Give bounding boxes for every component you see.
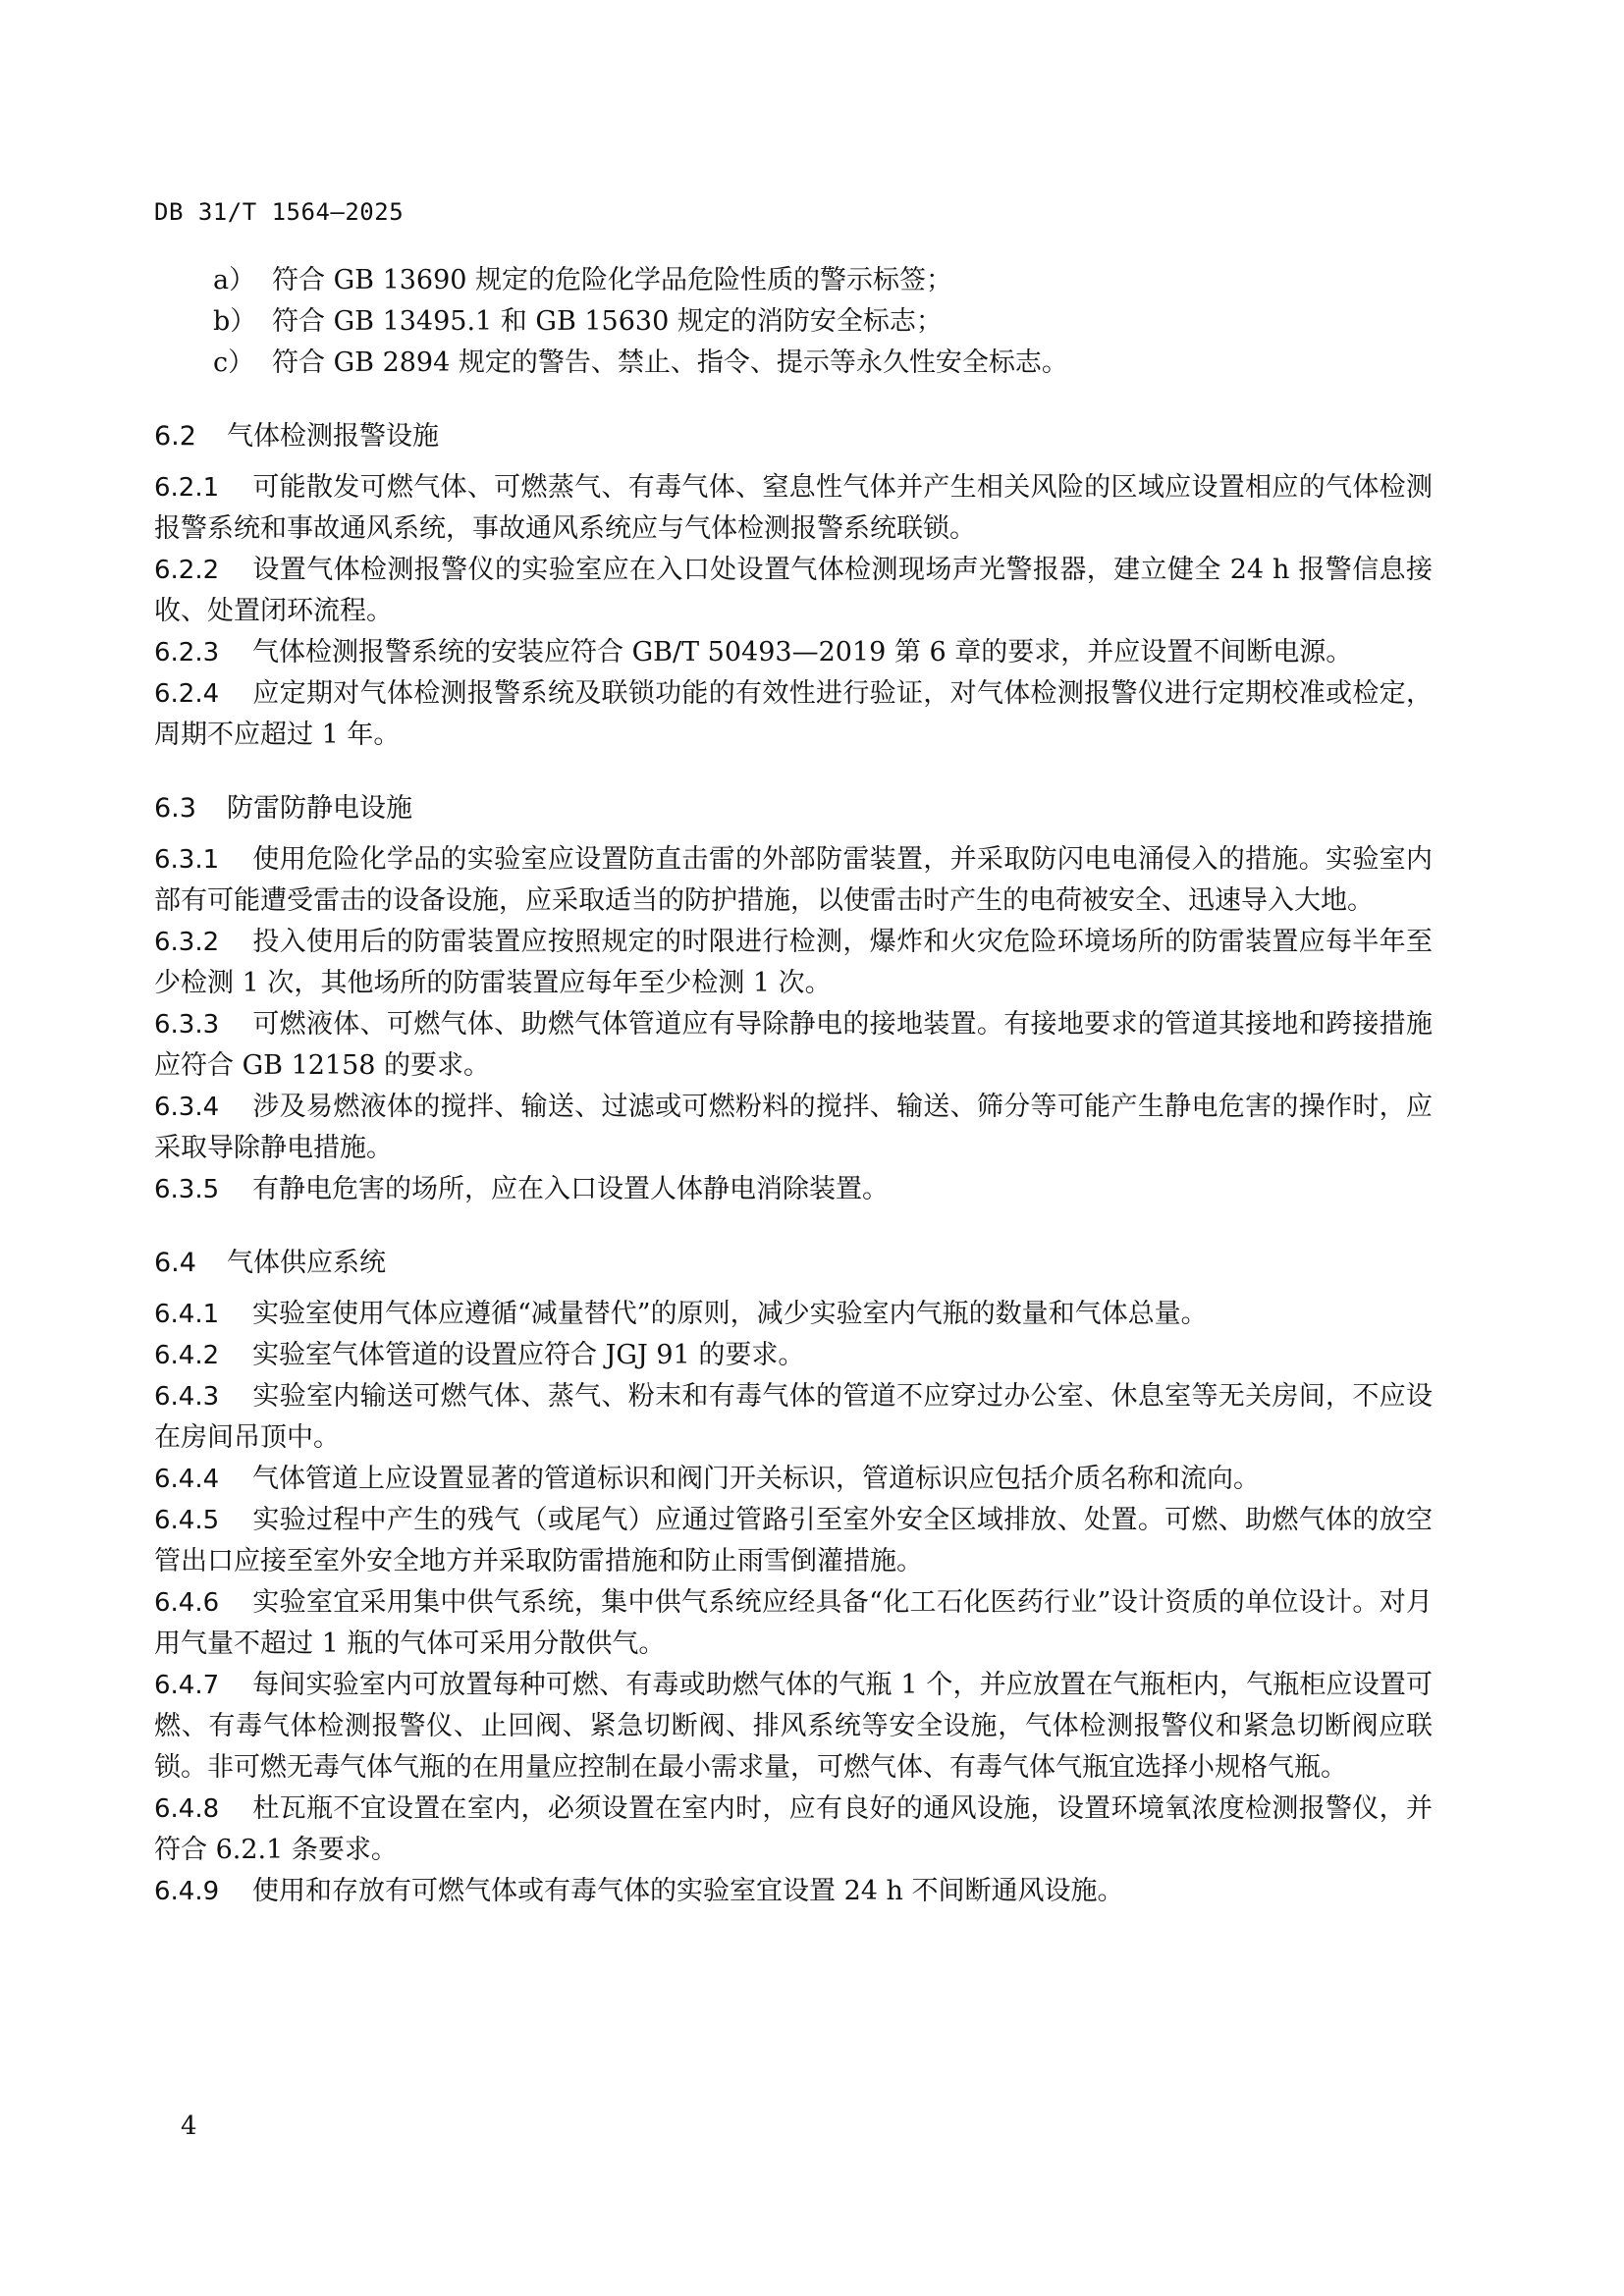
document-body: a） 符合 GB 13690 规定的危险化学品危险性质的警示标签； b） 符合 … [154,260,1433,1912]
clause-text: 有静电危害的场所，应在入口设置人体静电消除装置。 [252,1174,889,1204]
clause-6-2-1: 6.2.1可能散发可燃气体、可燃蒸气、有毒气体、窒息性气体并产生相关风险的区域应… [154,467,1433,550]
list-label: b） [213,301,272,343]
clause-text: 每间实验室内可放置每种可燃、有毒或助燃气体的气瓶 1 个，并应放置在气瓶柜内，气… [154,1670,1433,1783]
clause-text: 投入使用后的防雷装置应按照规定的时限进行检测，爆炸和火灾危险环境场所的防雷装置应… [154,927,1433,998]
clause-text: 可能散发可燃气体、可燃蒸气、有毒气体、窒息性气体并产生相关风险的区域应设置相应的… [154,472,1433,544]
clause-number: 6.3.1 [154,839,252,881]
clause-6-4-5: 6.4.5实验过程中产生的残气（或尾气）应通过管路引至室外安全区域排放、处置。可… [154,1500,1433,1582]
clause-6-4-2: 6.4.2实验室气体管道的设置应符合 JGJ 91 的要求。 [154,1335,1433,1376]
clause-6-2-4: 6.2.4应定期对气体检测报警系统及联锁功能的有效性进行验证，对气体检测报警仪进… [154,673,1433,756]
clause-number: 6.3.5 [154,1169,252,1210]
section-title: 气体检测报警设施 [227,421,439,452]
clause-6-3-2: 6.3.2投入使用后的防雷装置应按照规定的时限进行检测，爆炸和火灾危险环境场所的… [154,922,1433,1004]
clause-text: 使用和存放有可燃气体或有毒气体的实验室宜设置 24 h 不间断通风设施。 [252,1876,1124,1906]
section-6-3: 6.3防雷防静电设施 6.3.1使用危险化学品的实验室应设置防直击雷的外部防雷装… [154,788,1433,1210]
list-item-a: a） 符合 GB 13690 规定的危险化学品危险性质的警示标签； [154,260,1433,301]
clause-number: 6.4.6 [154,1582,252,1624]
list-label: a） [213,260,272,301]
clause-number: 6.2.1 [154,467,252,508]
section-title: 气体供应系统 [227,1248,386,1278]
clause-6-4-4: 6.4.4气体管道上应设置显著的管道标识和阀门开关标识，管道标识应包括介质名称和… [154,1459,1433,1500]
section-6-4: 6.4气体供应系统 6.4.1实验室使用气体应遵循“减量替代”的原则，减少实验室… [154,1243,1433,1912]
clause-number: 6.4.8 [154,1789,252,1830]
section-title: 防雷防静电设施 [227,793,412,824]
clause-number: 6.4.9 [154,1871,252,1912]
list-text: 符合 GB 13690 规定的危险化学品危险性质的警示标签； [272,260,952,301]
section-heading: 6.4气体供应系统 [154,1243,1433,1284]
clause-6-4-6: 6.4.6实验室宜采用集中供气系统，集中供气系统应经具备“化工石化医药行业”设计… [154,1582,1433,1665]
clause-number: 6.4.2 [154,1335,252,1376]
section-heading: 6.2气体检测报警设施 [154,416,1433,457]
clause-number: 6.2.4 [154,673,252,715]
clause-number: 6.4.3 [154,1376,252,1417]
clause-6-2-2: 6.2.2设置气体检测报警仪的实验室应在入口处设置气体检测现场声光警报器，建立健… [154,550,1433,632]
clause-number: 6.2.3 [154,632,252,673]
list-label: c） [213,343,272,384]
document-id-header: DB 31/T 1564—2025 [154,196,404,228]
clause-text: 实验室内输送可燃气体、蒸气、粉末和有毒气体的管道不应穿过办公室、休息室等无关房间… [154,1381,1433,1453]
clause-number: 6.3.2 [154,922,252,963]
clause-6-4-1: 6.4.1实验室使用气体应遵循“减量替代”的原则，减少实验室内气瓶的数量和气体总… [154,1294,1433,1335]
clause-number: 6.2.2 [154,550,252,591]
clause-6-4-7: 6.4.7每间实验室内可放置每种可燃、有毒或助燃气体的气瓶 1 个，并应放置在气… [154,1665,1433,1789]
clause-6-3-3: 6.3.3可燃液体、可燃气体、助燃气体管道应有导除静电的接地装置。有接地要求的管… [154,1004,1433,1087]
clause-text: 气体检测报警系统的安装应符合 GB/T 50493—2019 第 6 章的要求，… [252,637,1352,667]
clause-number: 6.4.7 [154,1665,252,1706]
clause-6-4-3: 6.4.3实验室内输送可燃气体、蒸气、粉末和有毒气体的管道不应穿过办公室、休息室… [154,1376,1433,1459]
clause-6-4-9: 6.4.9使用和存放有可燃气体或有毒气体的实验室宜设置 24 h 不间断通风设施… [154,1871,1433,1912]
clause-text: 实验室宜采用集中供气系统，集中供气系统应经具备“化工石化医药行业”设计资质的单位… [154,1587,1433,1659]
clause-text: 使用危险化学品的实验室应设置防直击雷的外部防雷装置，并采取防闪电电涌侵入的措施。… [154,844,1433,916]
clause-text: 杜瓦瓶不宜设置在室内，必须设置在室内时，应有良好的通风设施，设置环境氧浓度检测报… [154,1793,1433,1865]
page-number: 4 [181,2110,197,2142]
clause-6-3-1: 6.3.1使用危险化学品的实验室应设置防直击雷的外部防雷装置，并采取防闪电电涌侵… [154,839,1433,922]
list-text: 符合 GB 13495.1 和 GB 15630 规定的消防安全标志； [272,301,943,343]
clause-number: 6.4.1 [154,1294,252,1335]
clause-text: 气体管道上应设置显著的管道标识和阀门开关标识，管道标识应包括介质名称和流向。 [252,1464,1260,1494]
section-number: 6.4 [154,1243,227,1284]
section-number: 6.3 [154,788,227,829]
list-text: 符合 GB 2894 规定的警告、禁止、指令、提示等永久性安全标志。 [272,343,1068,384]
clause-6-3-4: 6.3.4涉及易燃液体的搅拌、输送、过滤或可燃粉料的搅拌、输送、筛分等可能产生静… [154,1087,1433,1169]
list-item-b: b） 符合 GB 13495.1 和 GB 15630 规定的消防安全标志； [154,301,1433,343]
clause-6-3-5: 6.3.5有静电危害的场所，应在入口设置人体静电消除装置。 [154,1169,1433,1210]
clause-6-2-3: 6.2.3气体检测报警系统的安装应符合 GB/T 50493—2019 第 6 … [154,632,1433,673]
list-item-c: c） 符合 GB 2894 规定的警告、禁止、指令、提示等永久性安全标志。 [154,343,1433,384]
clause-6-4-8: 6.4.8杜瓦瓶不宜设置在室内，必须设置在室内时，应有良好的通风设施，设置环境氧… [154,1789,1433,1871]
label-requirements-list: a） 符合 GB 13690 规定的危险化学品危险性质的警示标签； b） 符合 … [154,260,1433,384]
clause-text: 可燃液体、可燃气体、助燃气体管道应有导除静电的接地装置。有接地要求的管道其接地和… [154,1009,1433,1081]
clause-number: 6.4.5 [154,1500,252,1541]
clause-text: 涉及易燃液体的搅拌、输送、过滤或可燃粉料的搅拌、输送、筛分等可能产生静电危害的操… [154,1092,1433,1163]
clause-text: 实验室气体管道的设置应符合 JGJ 91 的要求。 [252,1340,804,1370]
clause-number: 6.3.3 [154,1004,252,1045]
clause-text: 应定期对气体检测报警系统及联锁功能的有效性进行验证，对气体检测报警仪进行定期校准… [154,678,1433,750]
clause-text: 实验过程中产生的残气（或尾气）应通过管路引至室外安全区域排放、处置。可燃、助燃气… [154,1505,1433,1576]
clause-number: 6.4.4 [154,1459,252,1500]
clause-number: 6.3.4 [154,1087,252,1128]
clause-text: 设置气体检测报警仪的实验室应在入口处设置气体检测现场声光警报器，建立健全 24 … [154,555,1433,626]
section-number: 6.2 [154,416,227,457]
clause-text: 实验室使用气体应遵循“减量替代”的原则，减少实验室内气瓶的数量和气体总量。 [252,1299,1208,1329]
section-heading: 6.3防雷防静电设施 [154,788,1433,829]
section-6-2: 6.2气体检测报警设施 6.2.1可能散发可燃气体、可燃蒸气、有毒气体、窒息性气… [154,416,1433,756]
